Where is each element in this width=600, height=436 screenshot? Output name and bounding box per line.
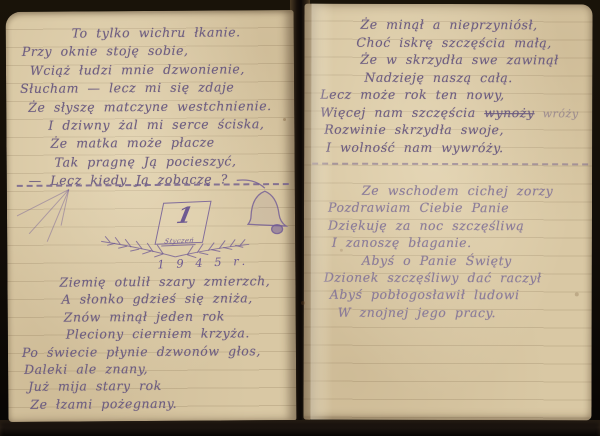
- poem-line: Pleciony cierniem krzyża.: [22, 324, 271, 343]
- poem-line: Że minął a nieprzyniósł,: [320, 16, 578, 34]
- poem-line: Że w skrzydła swe zawinął: [320, 51, 578, 69]
- date-year: 1 9 4 5 r.: [157, 254, 249, 272]
- poem-line: Nadzieję naszą całą.: [320, 68, 578, 86]
- poem-line: Tak pragnę Ją pocieszyć,: [21, 152, 273, 172]
- poem-line: Daleki ale znany,: [22, 359, 271, 378]
- poem-line: Już mija stary rok: [22, 377, 271, 396]
- poem-line: Przy oknie stoję sobie,: [20, 42, 272, 62]
- poem-line: Że matka może płacze: [20, 133, 272, 153]
- poem-line: Choć iskrę szczęścia małą,: [320, 33, 578, 51]
- poem-line: Słucham — lecz mi się zdaje: [20, 78, 272, 98]
- poem-line: To tylko wichru łkanie.: [20, 23, 272, 43]
- poem-line: Rozwinie skrzydła swoje,: [320, 121, 578, 139]
- poem-line-segment: Więcej nam szczęścia: [320, 104, 484, 119]
- cover-band: [0, 420, 600, 436]
- poem-line: Po świecie płynie dzwonów głos,: [22, 342, 271, 361]
- section-divider: [312, 163, 588, 166]
- poem-line: Że słyszę matczyne westchnienie.: [20, 97, 272, 117]
- spray-doodle-icon: [9, 186, 79, 248]
- poem-line: I wolność nam wywróży.: [320, 138, 578, 156]
- date-day: 1: [159, 203, 210, 229]
- poem-line: Ze wschodem cichej zorzy: [322, 182, 553, 200]
- poem-line: Abyś pobłogosławił ludowi: [322, 286, 553, 304]
- poem-line: Pozdrawiam Ciebie Panie: [322, 199, 553, 217]
- poem-line: I zanoszę błaganie.: [322, 234, 553, 252]
- age-spot: [575, 292, 579, 296]
- poem-right-bottom: Ze wschodem cichej zorzy Pozdrawiam Cieb…: [322, 182, 554, 322]
- poem-line: Dziękuję za noc szczęśliwą: [322, 216, 553, 234]
- poem-line: Znów minął jeden rok: [22, 307, 271, 326]
- poem-line: Dzionek szczęśliwy dać raczył: [322, 269, 553, 287]
- poem-left-bottom: Ziemię otulił szary zmierzch, A słonko g…: [21, 272, 271, 413]
- poem-line: A słonko gdzieś się zniża,: [22, 290, 271, 309]
- age-spot: [340, 249, 343, 252]
- poem-line: W znojnej jego pracy.: [322, 303, 553, 321]
- poem-right-top: Że minął a nieprzyniósł, Choć iskrę szcz…: [320, 16, 579, 157]
- poem-line: Więcej nam szczęścia wynoży wróży: [320, 103, 578, 121]
- poem-line: Lecz może rok ten nowy,: [320, 86, 578, 104]
- poem-left-top: To tylko wichru łkanie. Przy oknie stoję…: [20, 23, 273, 190]
- age-spot: [301, 301, 305, 305]
- notebook-photo: To tylko wichru łkanie. Przy oknie stoję…: [0, 0, 600, 436]
- poem-line: I dziwny żal mi serce ściska,: [20, 115, 272, 135]
- left-page: To tylko wichru łkanie. Przy oknie stoję…: [6, 10, 297, 422]
- right-page: Że minął a nieprzyniósł, Choć iskrę szcz…: [303, 4, 592, 421]
- faint-correction-word: wróży: [535, 107, 579, 120]
- poem-line: Ze łzami pożegnany.: [22, 394, 271, 413]
- age-spot: [283, 118, 286, 121]
- poem-line: Abyś o Panie Święty: [322, 251, 553, 269]
- strikethrough-word: wynoży: [484, 105, 534, 120]
- poem-line: Wciąż łudzi mnie dzwonienie,: [20, 60, 272, 80]
- poem-line: Ziemię otulił szary zmierzch,: [21, 272, 270, 291]
